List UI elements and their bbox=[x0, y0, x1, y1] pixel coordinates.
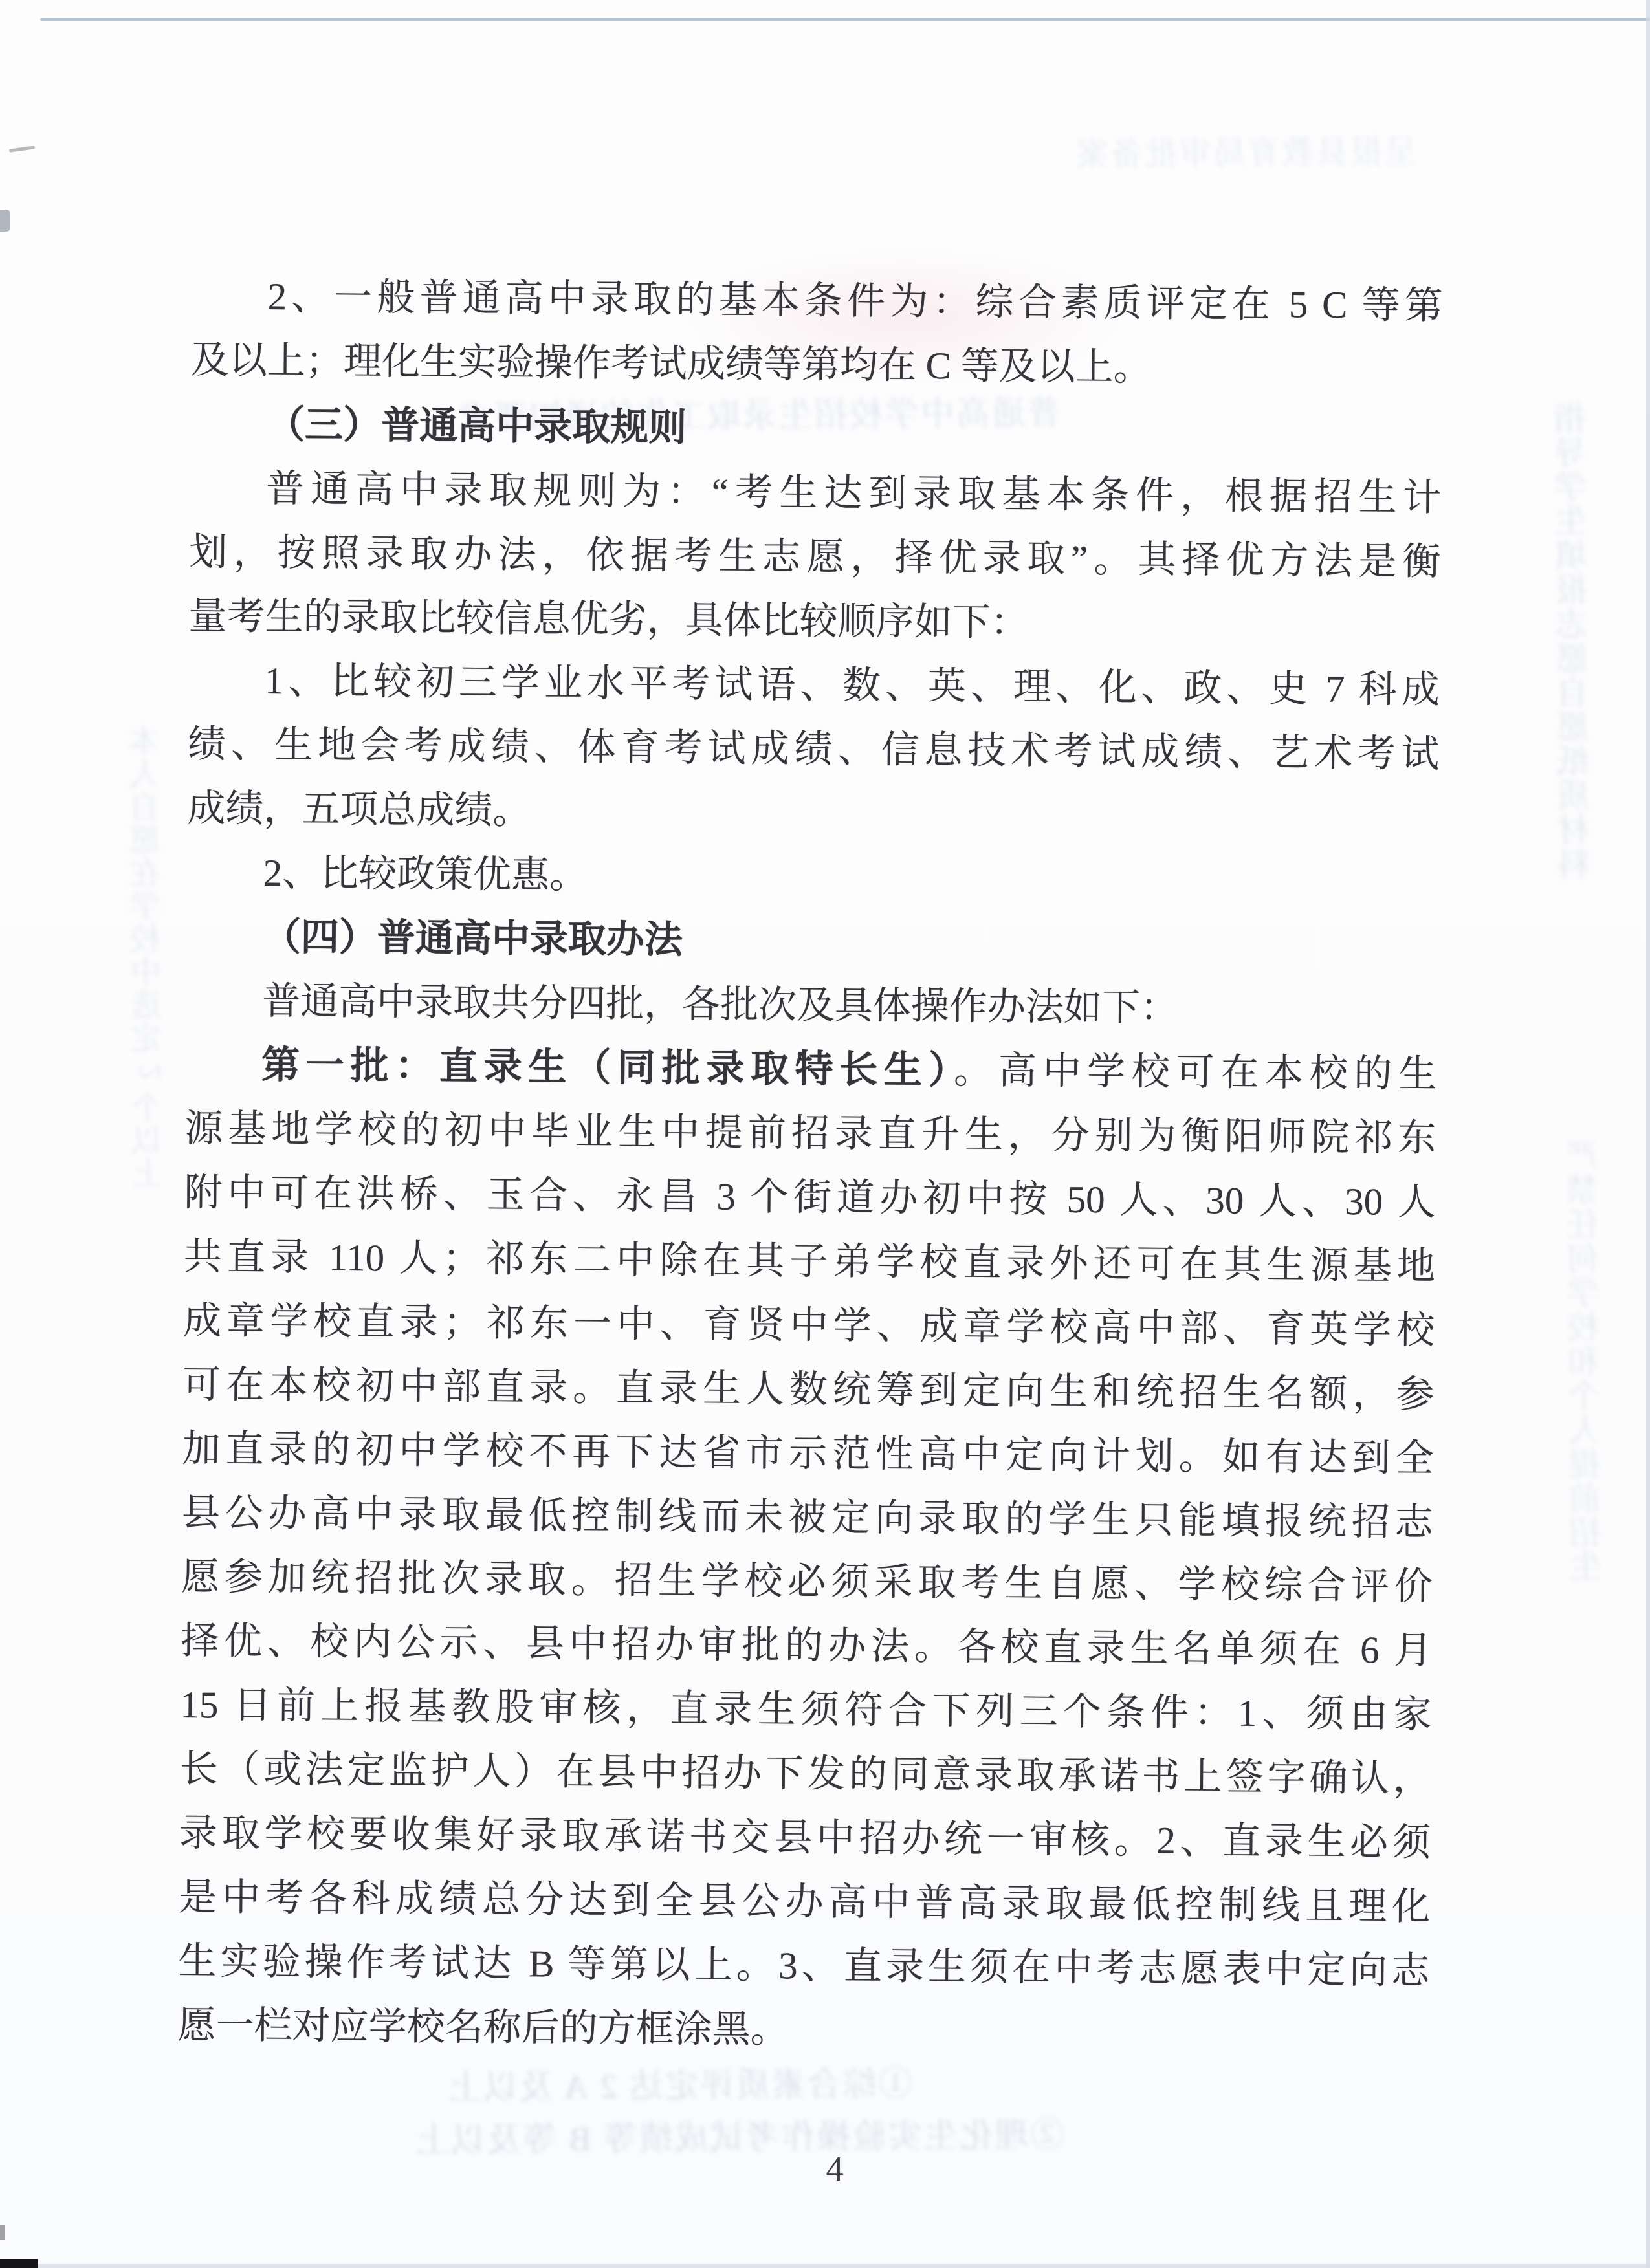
bleed-through-text: 指导学生填报志愿自愿纸质材料 bbox=[1549, 401, 1601, 1016]
text-segment: 划，按照录取办法，依据考生志愿，择优录取”。其择优方法是衡 bbox=[189, 530, 1440, 583]
text-segment: 绩、生地会考成绩、体育考试成绩、信息技术考试成绩、艺术考试 bbox=[188, 723, 1439, 775]
text-line: （四）普通高中录取办法 bbox=[186, 904, 1438, 978]
text-segment: 是中考各科成绩总分达到全县公办高中普高录取最低控制线且理化 bbox=[179, 1875, 1430, 1928]
text-segment: 量考生的录取比较信息优劣，具体比较顺序如下： bbox=[188, 594, 1028, 644]
text-segment: 附中可在洪桥、玉合、永昌 3 个街道办初中按 50 人、30 人、30 人 bbox=[184, 1171, 1435, 1223]
text-line: 择优、校内公示、县中招办审批的办法。各校直录生名单须在 6 月 bbox=[181, 1609, 1433, 1683]
text-line: 加直录的初中学校不再下达省市示范性高中定向计划。如有达到全 bbox=[182, 1417, 1434, 1490]
text-segment: 。高中学校可在本校的生 bbox=[954, 1049, 1437, 1095]
text-line: 2、一般普通高中录取的基本条件为：综合素质评定在 5 C 等第 bbox=[191, 264, 1443, 338]
page-number: 4 bbox=[812, 2149, 857, 2189]
bleed-through-text: 呈报县教育局审批备案 bbox=[1074, 125, 1418, 175]
text-segment: 1、比较初三学业水平考试语、数、英、理、化、政、史 7 科成 bbox=[265, 659, 1440, 711]
text-line: 1、比较初三学业水平考试语、数、英、理、化、政、史 7 科成 bbox=[188, 648, 1440, 722]
text-line: 普通高中录取规则为：“考生达到录取基本条件，根据招生计 bbox=[190, 456, 1442, 530]
text-line: 源基地学校的初中毕业生中提前招录直升生，分别为衡阳师院祁东 bbox=[184, 1096, 1436, 1170]
bleed-through-text: 本人自愿在学校中选定 2 个以上 bbox=[124, 725, 172, 1113]
scanner-bottom-edge-artifact bbox=[0, 2264, 1650, 2268]
text-segment: 县公办高中录取最低控制线而未被定向录取的学生只能填报统招志 bbox=[182, 1491, 1433, 1543]
text-line: 共直录 110 人；祁东二中除在其子弟学校直录外还可在其生源基地 bbox=[184, 1225, 1436, 1298]
scanner-top-edge-artifact bbox=[40, 18, 1650, 21]
text-segment: 2、一般普通高中录取的基本条件为：综合素质评定在 5 C 等第 bbox=[267, 275, 1442, 327]
text-segment: 录取学校要收集好录取承诺书交县中招办统一审核。2、直录生必须 bbox=[179, 1811, 1431, 1864]
text-segment: 共直录 110 人；祁东二中除在其子弟学校直录外还可在其生源基地 bbox=[184, 1235, 1435, 1287]
bold-text-segment: 第一批：直录生（同批录取特长生） bbox=[261, 1043, 954, 1091]
text-segment: 愿参加统招批次录取。招生学校必须采取考生自愿、学校综合评价 bbox=[181, 1555, 1433, 1608]
text-line: 划，按照录取办法，依据考生志愿，择优录取”。其择优方法是衡 bbox=[189, 520, 1441, 594]
text-segment: 长（或法定监护人）在县中招办下发的同意录取承诺书上签字确认， bbox=[179, 1747, 1431, 1800]
text-line: （三）普通高中录取规则 bbox=[190, 392, 1442, 466]
text-segment: 及以上；理化生实验操作考试成绩等第均在 C 等及以上。 bbox=[191, 338, 1152, 389]
text-segment: 择优、校内公示、县中招办审批的办法。各校直录生名单须在 6 月 bbox=[181, 1619, 1432, 1672]
scan-edge-mark bbox=[0, 210, 10, 232]
text-line: 愿一栏对应学校名称后的方框涂黑。 bbox=[177, 1993, 1429, 2067]
text-line: 量考生的录取比较信息优劣，具体比较顺序如下： bbox=[188, 584, 1440, 658]
text-line: 2、比较政策优惠。 bbox=[186, 840, 1438, 914]
text-segment: 普通高中录取规则为：“考生达到录取基本条件，根据招生计 bbox=[266, 467, 1441, 519]
text-line: 录取学校要收集好录取承诺书交县中招办统一审核。2、直录生必须 bbox=[179, 1801, 1431, 1875]
bleed-through-text: 严禁任何学校和个人提前招生 bbox=[1561, 1139, 1611, 1540]
text-line: 可在本校初中部直录。直录生人数统筹到定向生和统招生名额，参 bbox=[182, 1353, 1435, 1426]
text-line: 生实验操作考试达 B 等第以上。3、直录生须在中考志愿表中定向志 bbox=[178, 1929, 1430, 2003]
text-segment: 生实验操作考试达 B 等第以上。3、直录生须在中考志愿表中定向志 bbox=[178, 1939, 1429, 1992]
text-line: 长（或法定监护人）在县中招办下发的同意录取承诺书上签字确认， bbox=[179, 1737, 1431, 1811]
text-segment: 源基地学校的初中毕业生中提前招录直升生，分别为衡阳师院祁东 bbox=[184, 1107, 1436, 1159]
document-body: 2、一般普通高中录取的基本条件为：综合素质评定在 5 C 等第及以上；理化生实验… bbox=[177, 264, 1443, 2067]
text-line: 愿参加统招批次录取。招生学校必须采取考生自愿、学校综合评价 bbox=[181, 1545, 1433, 1619]
bleed-through-text: ①综合素质评定达 2 A 及以上 bbox=[446, 2056, 912, 2109]
text-line: 成章学校直录；祁东一中、育贤中学、成章学校高中部、育英学校 bbox=[183, 1289, 1435, 1362]
scan-corner-mark bbox=[0, 2259, 38, 2268]
text-segment: 2、比较政策优惠。 bbox=[263, 851, 588, 897]
scanner-right-edge-artifact bbox=[1646, 0, 1650, 2268]
bold-text-segment: （三）普通高中录取规则 bbox=[267, 403, 687, 449]
text-line: 成绩，五项总成绩。 bbox=[187, 776, 1439, 850]
text-segment: 可在本校初中部直录。直录生人数统筹到定向生和统招生名额，参 bbox=[182, 1363, 1434, 1415]
text-segment: 加直录的初中学校不再下达省市示范性高中定向计划。如有达到全 bbox=[182, 1427, 1433, 1479]
text-segment: 普通高中录取共分四批，各批次及具体操作办法如下： bbox=[262, 979, 1178, 1029]
text-line: 第一批：直录生（同批录取特长生）。高中学校可在本校的生 bbox=[185, 1032, 1437, 1106]
bleed-through-text: ②理化生实验操作考试成绩等 B 等及以上 bbox=[414, 2108, 1064, 2162]
text-segment: 成绩，五项总成绩。 bbox=[187, 787, 531, 832]
text-segment: 15 日前上报基教股审核，直录生须符合下列三个条件：1、须由家 bbox=[180, 1683, 1431, 1736]
scanned-page: 普通高中学校招生录取工作的通知要求 本人自愿在学校中选定 2 个以上 指导学生填… bbox=[0, 0, 1650, 2268]
text-segment: 愿一栏对应学校名称后的方框涂黑。 bbox=[177, 2003, 789, 2051]
text-line: 县公办高中录取最低控制线而未被定向录取的学生只能填报统招志 bbox=[181, 1481, 1433, 1554]
text-line: 及以上；理化生实验操作考试成绩等第均在 C 等及以上。 bbox=[190, 328, 1442, 402]
text-line: 绩、生地会考成绩、体育考试成绩、信息技术考试成绩、艺术考试 bbox=[188, 712, 1440, 786]
scan-edge-mark bbox=[9, 146, 35, 153]
text-line: 附中可在洪桥、玉合、永昌 3 个街道办初中按 50 人、30 人、30 人 bbox=[184, 1161, 1436, 1234]
scan-edge-mark bbox=[0, 2225, 5, 2240]
text-line: 是中考各科成绩总分达到全县公办高中普高录取最低控制线且理化 bbox=[179, 1865, 1431, 1939]
text-line: 普通高中录取共分四批，各批次及具体操作办法如下： bbox=[186, 968, 1438, 1042]
bold-text-segment: （四）普通高中录取办法 bbox=[263, 915, 683, 961]
text-segment: 成章学校直录；祁东一中、育贤中学、成章学校高中部、育英学校 bbox=[183, 1299, 1435, 1351]
text-line: 15 日前上报基教股审核，直录生须符合下列三个条件：1、须由家 bbox=[180, 1673, 1432, 1747]
